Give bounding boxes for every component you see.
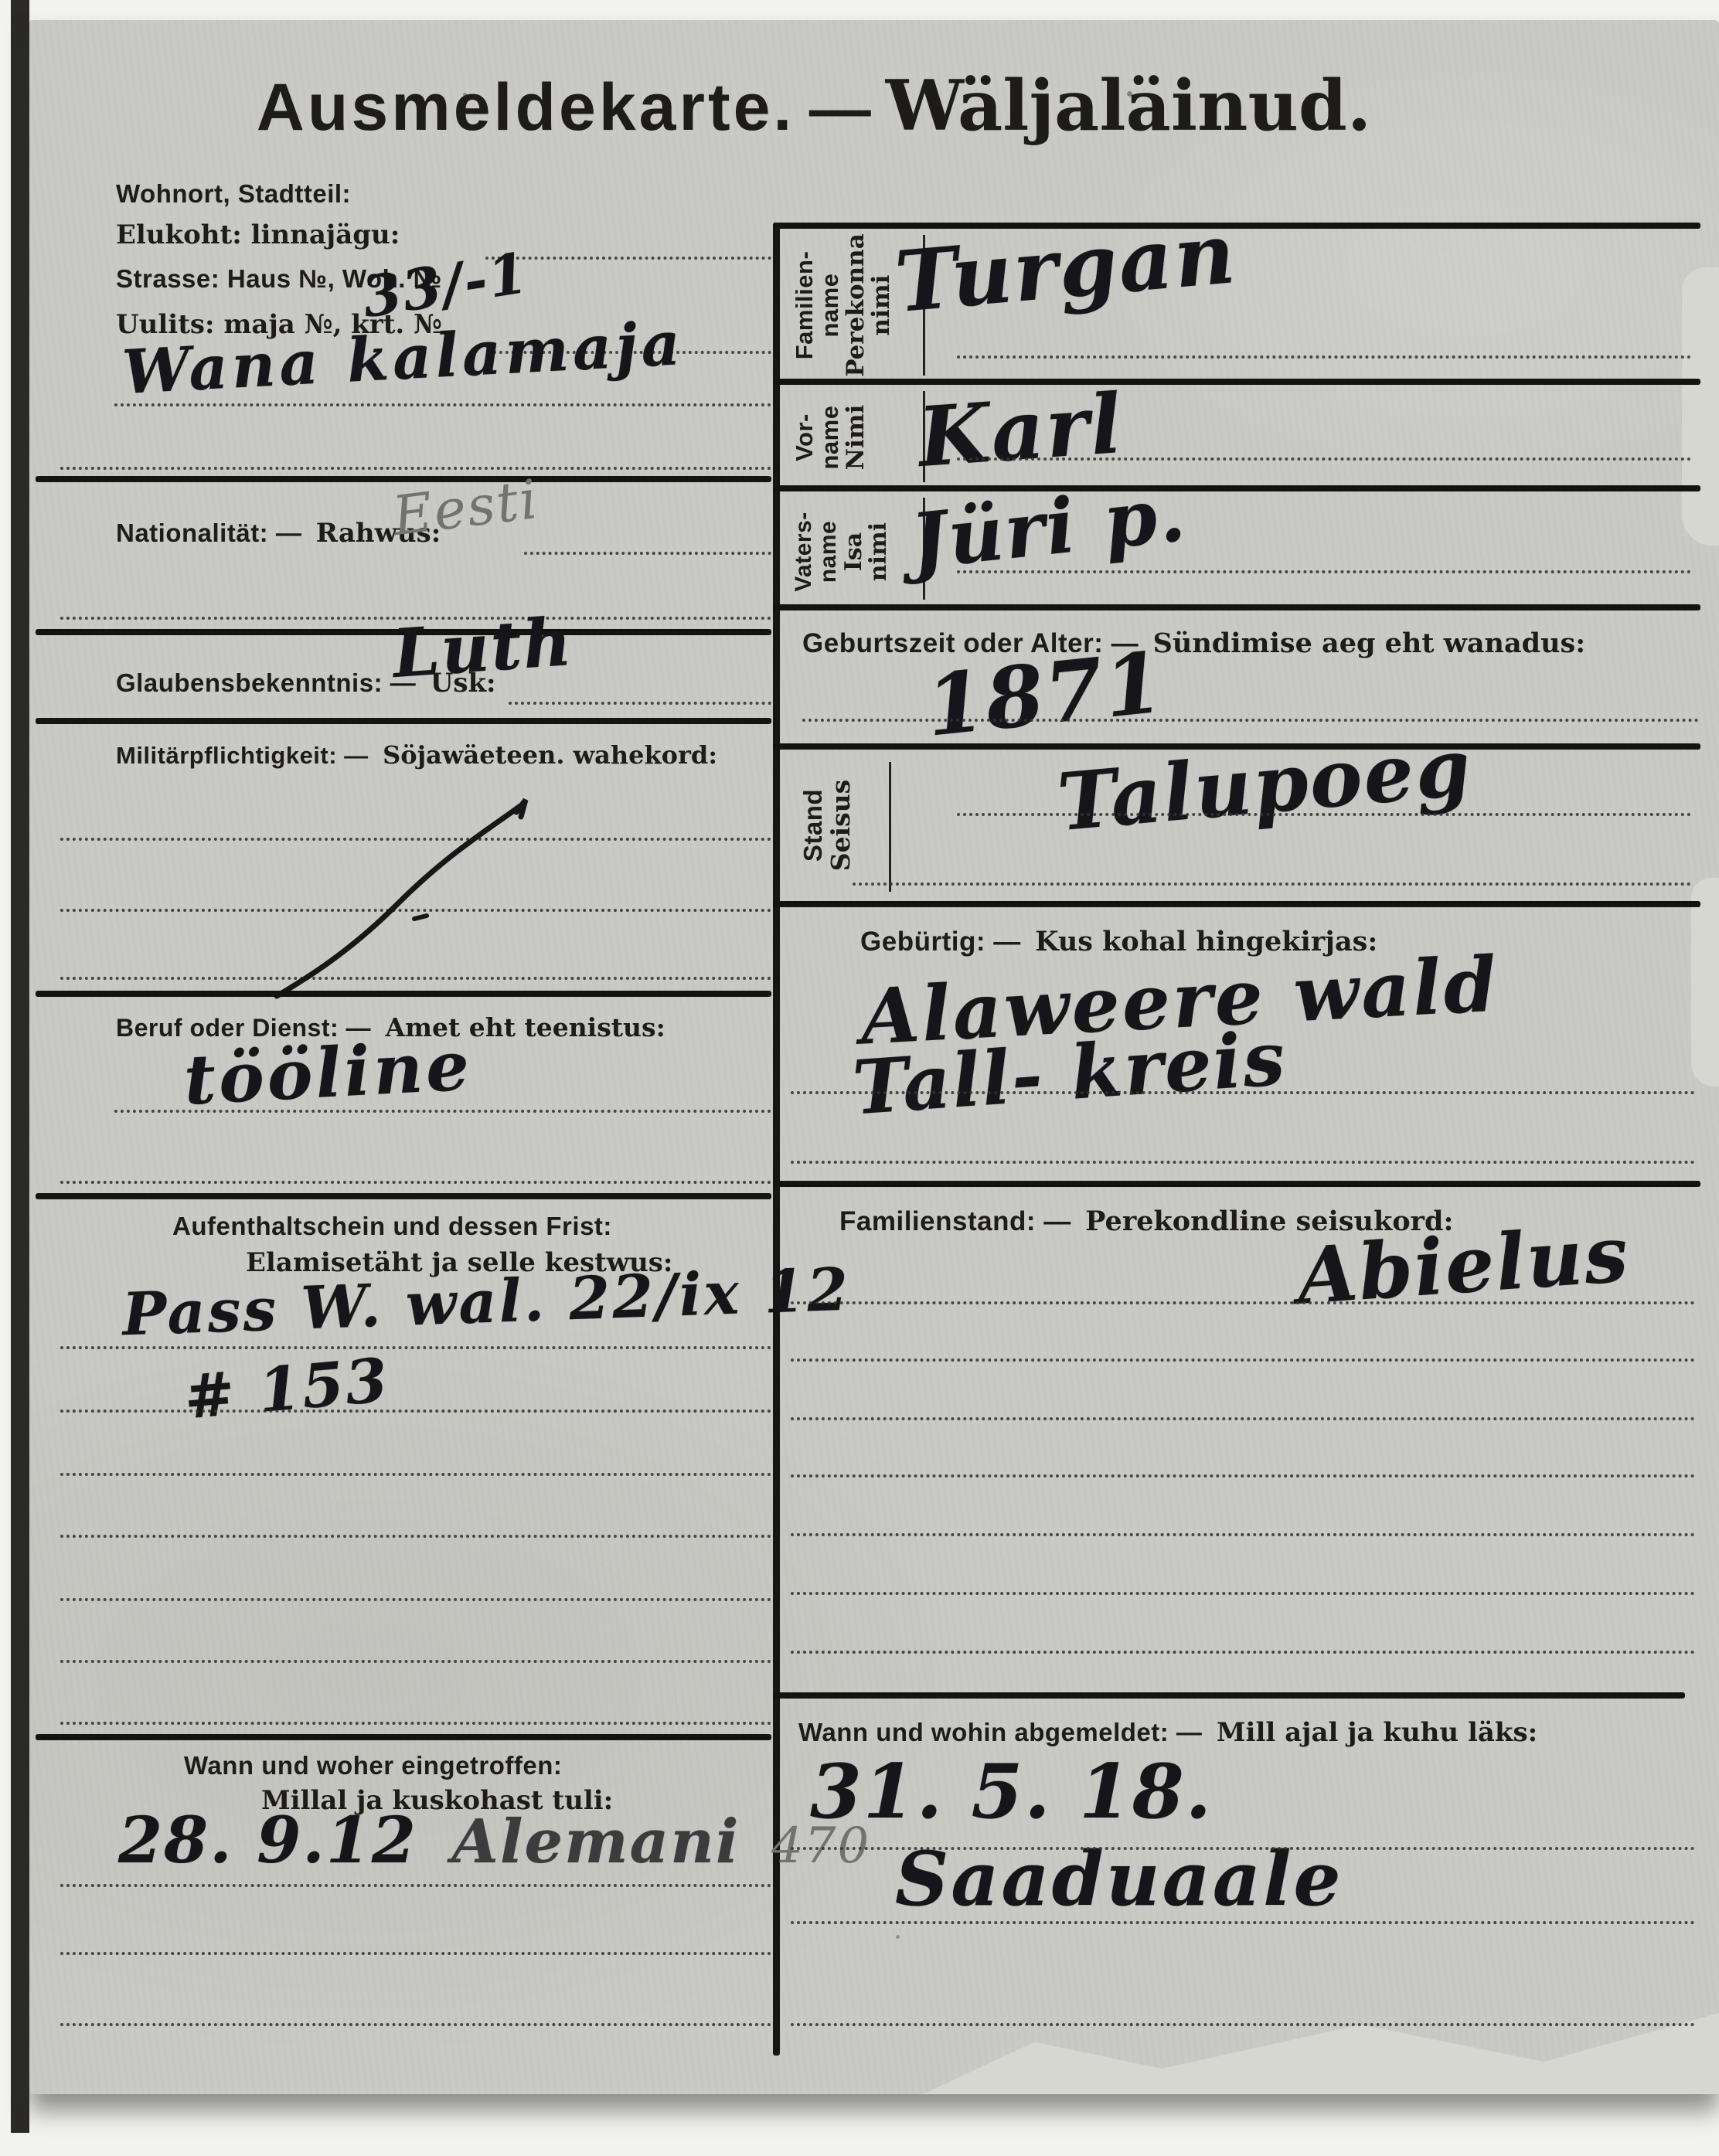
permit-handwriting-line2: # 153 (182, 1345, 392, 1433)
dotted-line (60, 1598, 771, 1601)
row-departure: Wann und wohin abgemeldet: — Mill ajal j… (798, 1717, 1537, 1748)
section-rule (773, 223, 1700, 229)
dotted-line (791, 1533, 1695, 1536)
dotted-line (60, 1722, 771, 1725)
title-dash: — (809, 74, 872, 143)
dotted-line (791, 1091, 1695, 1094)
status-handwriting: Talupoeg (1054, 721, 1476, 849)
dotted-line (791, 1921, 1695, 1924)
section-rule (773, 485, 1700, 491)
dotted-line (60, 1660, 771, 1663)
torn-edge-bottom (923, 1978, 1719, 2094)
section-rule (773, 1181, 1700, 1187)
dotted-line (114, 403, 771, 406)
departure-date-handwriting: 31. 5. 18. (810, 1748, 1213, 1835)
dotted-line (60, 467, 771, 470)
label-vatersname-de2: name (816, 498, 841, 606)
row-birth: Geburtszeit oder Alter: — Sündimise aeg … (802, 627, 1585, 659)
column-divider (773, 223, 780, 2056)
label-familienname-de1: Familien- (791, 233, 817, 377)
occupation-handwriting: tööline (182, 1025, 475, 1120)
label-familienname-de2: name (817, 233, 842, 377)
label-wohnort: Wohnort, Stadtteil: (116, 179, 351, 209)
scan-edge-strip (11, 0, 29, 2133)
label-mill-ajal: Mill ajal ja kuhu läks: (1217, 1717, 1537, 1748)
dotted-line (524, 552, 771, 555)
registration-card: Ausmeldekarte. — Wäljaläinud. Wohnort, S… (29, 20, 1719, 2094)
label-familienstand: Familienstand: — (839, 1206, 1071, 1236)
label-nationalitaet: Nationalität: — (116, 519, 301, 547)
label-glaubensbekenntnis: Glaubensbekenntnis: — (116, 668, 416, 697)
dotted-line (60, 1952, 771, 1955)
label-stand: Stand Seisus (799, 763, 854, 887)
title-estonian: Wäljaläinud. (886, 65, 1371, 147)
first-name-handwriting: Karl (915, 375, 1126, 485)
dotted-line (791, 1417, 1695, 1420)
dotted-line (60, 1181, 771, 1184)
section-rule (773, 604, 1700, 610)
pen-stroke-mark (254, 789, 563, 1005)
label-seisus: Seisus (827, 763, 855, 887)
arrival-date-handwriting: 28. 9.12 (118, 1804, 417, 1878)
section-rule (36, 991, 771, 997)
dotted-line (791, 1592, 1695, 1595)
section-rule (773, 379, 1700, 385)
section-rule (773, 1692, 1685, 1699)
label-isa: Isa (842, 498, 866, 606)
dotted-line (791, 1651, 1695, 1654)
label-gebuertig: Gebürtig: — (860, 927, 1021, 957)
arrival-place-handwriting: Alemani (451, 1807, 740, 1877)
scanned-document: Ausmeldekarte. — Wäljaläinud. Wohnort, S… (0, 0, 1719, 2156)
dotted-line (853, 882, 1691, 886)
dotted-line (791, 1847, 1695, 1850)
dotted-line (957, 813, 1691, 816)
label-perekonna-nimi: nimi (869, 233, 894, 377)
dotted-line (485, 257, 771, 260)
row-military: Militärpflichtigkeit: — Söjawäeteen. wah… (116, 740, 717, 770)
label-perekonna: Perekonna (843, 233, 869, 377)
dotted-line (791, 1161, 1695, 1164)
dotted-line (957, 355, 1691, 359)
label-wann-eingetroffen: Wann und woher eingetroffen: (184, 1751, 562, 1780)
religion-handwriting: Luth (390, 603, 576, 693)
dotted-line (802, 719, 1699, 722)
permit-handwriting-line1: Pass W. wal. 22/ix 12 (121, 1255, 852, 1349)
label-vorname-de2: name (817, 389, 842, 485)
house-number-handwriting: 33/-1 (358, 240, 533, 331)
departure-handwriting: 31. 5. 18. Saaduaale (810, 1748, 1719, 1923)
section-rule (773, 901, 1700, 907)
label-familienname: Familien- name Perekonna nimi (791, 233, 895, 377)
label-isa-nimi: nimi (866, 498, 891, 606)
label-aufenthaltschein: Aufenthaltschein und dessen Frist: (172, 1212, 612, 1241)
label-nimi: Nimi (843, 389, 869, 485)
dotted-line (60, 1535, 771, 1538)
label-wann-abgemeldet: Wann und wohin abgemeldet: — (798, 1718, 1202, 1746)
dotted-line (791, 1301, 1695, 1304)
dotted-line (114, 1110, 771, 1113)
arrival-handwriting: 28. 9.12 Alemani 470 (118, 1804, 870, 1878)
label-elukoht: Elukoht: linnajägu: (116, 219, 400, 250)
section-rule (36, 1193, 771, 1199)
section-rule (36, 718, 771, 724)
label-vatersname-de1: Vaters- (791, 498, 816, 606)
dotted-line (791, 2023, 1695, 2026)
dotted-line (957, 570, 1691, 573)
dotted-line (60, 1410, 771, 1413)
torn-edge-right (1682, 267, 1719, 546)
dotted-line (60, 1346, 771, 1349)
dotted-line (791, 1474, 1695, 1478)
label-vorname: Vor- name Nimi (791, 389, 869, 485)
label-soejawaeeteen: Söjawäeteen. wahekord: (383, 740, 717, 770)
label-separator-line (889, 762, 891, 892)
label-vatersname: Vaters- name Isa nimi (791, 498, 892, 606)
page-title: Ausmeldekarte. — Wäljaläinud. (29, 65, 1598, 147)
label-militaerpflichtigkeit: Militärpflichtigkeit: — (116, 742, 369, 769)
label-suendimise: Sündimise aeg eht wanadus: (1153, 627, 1586, 659)
dotted-line (957, 457, 1691, 461)
section-rule (36, 476, 771, 482)
label-stand-de: Stand (799, 763, 827, 887)
dotted-line (60, 1884, 771, 1887)
torn-edge-right-2 (1691, 878, 1719, 1087)
label-vorname-de1: Vor- (791, 389, 817, 485)
dotted-line (60, 2023, 771, 2026)
dotted-line (60, 1473, 771, 1476)
row-nationality: Nationalität: — Rahwus: (116, 518, 441, 549)
section-rule (36, 1734, 771, 1740)
dotted-line (791, 1359, 1695, 1362)
dotted-line (509, 702, 771, 705)
title-german: Ausmeldekarte. (257, 70, 795, 145)
